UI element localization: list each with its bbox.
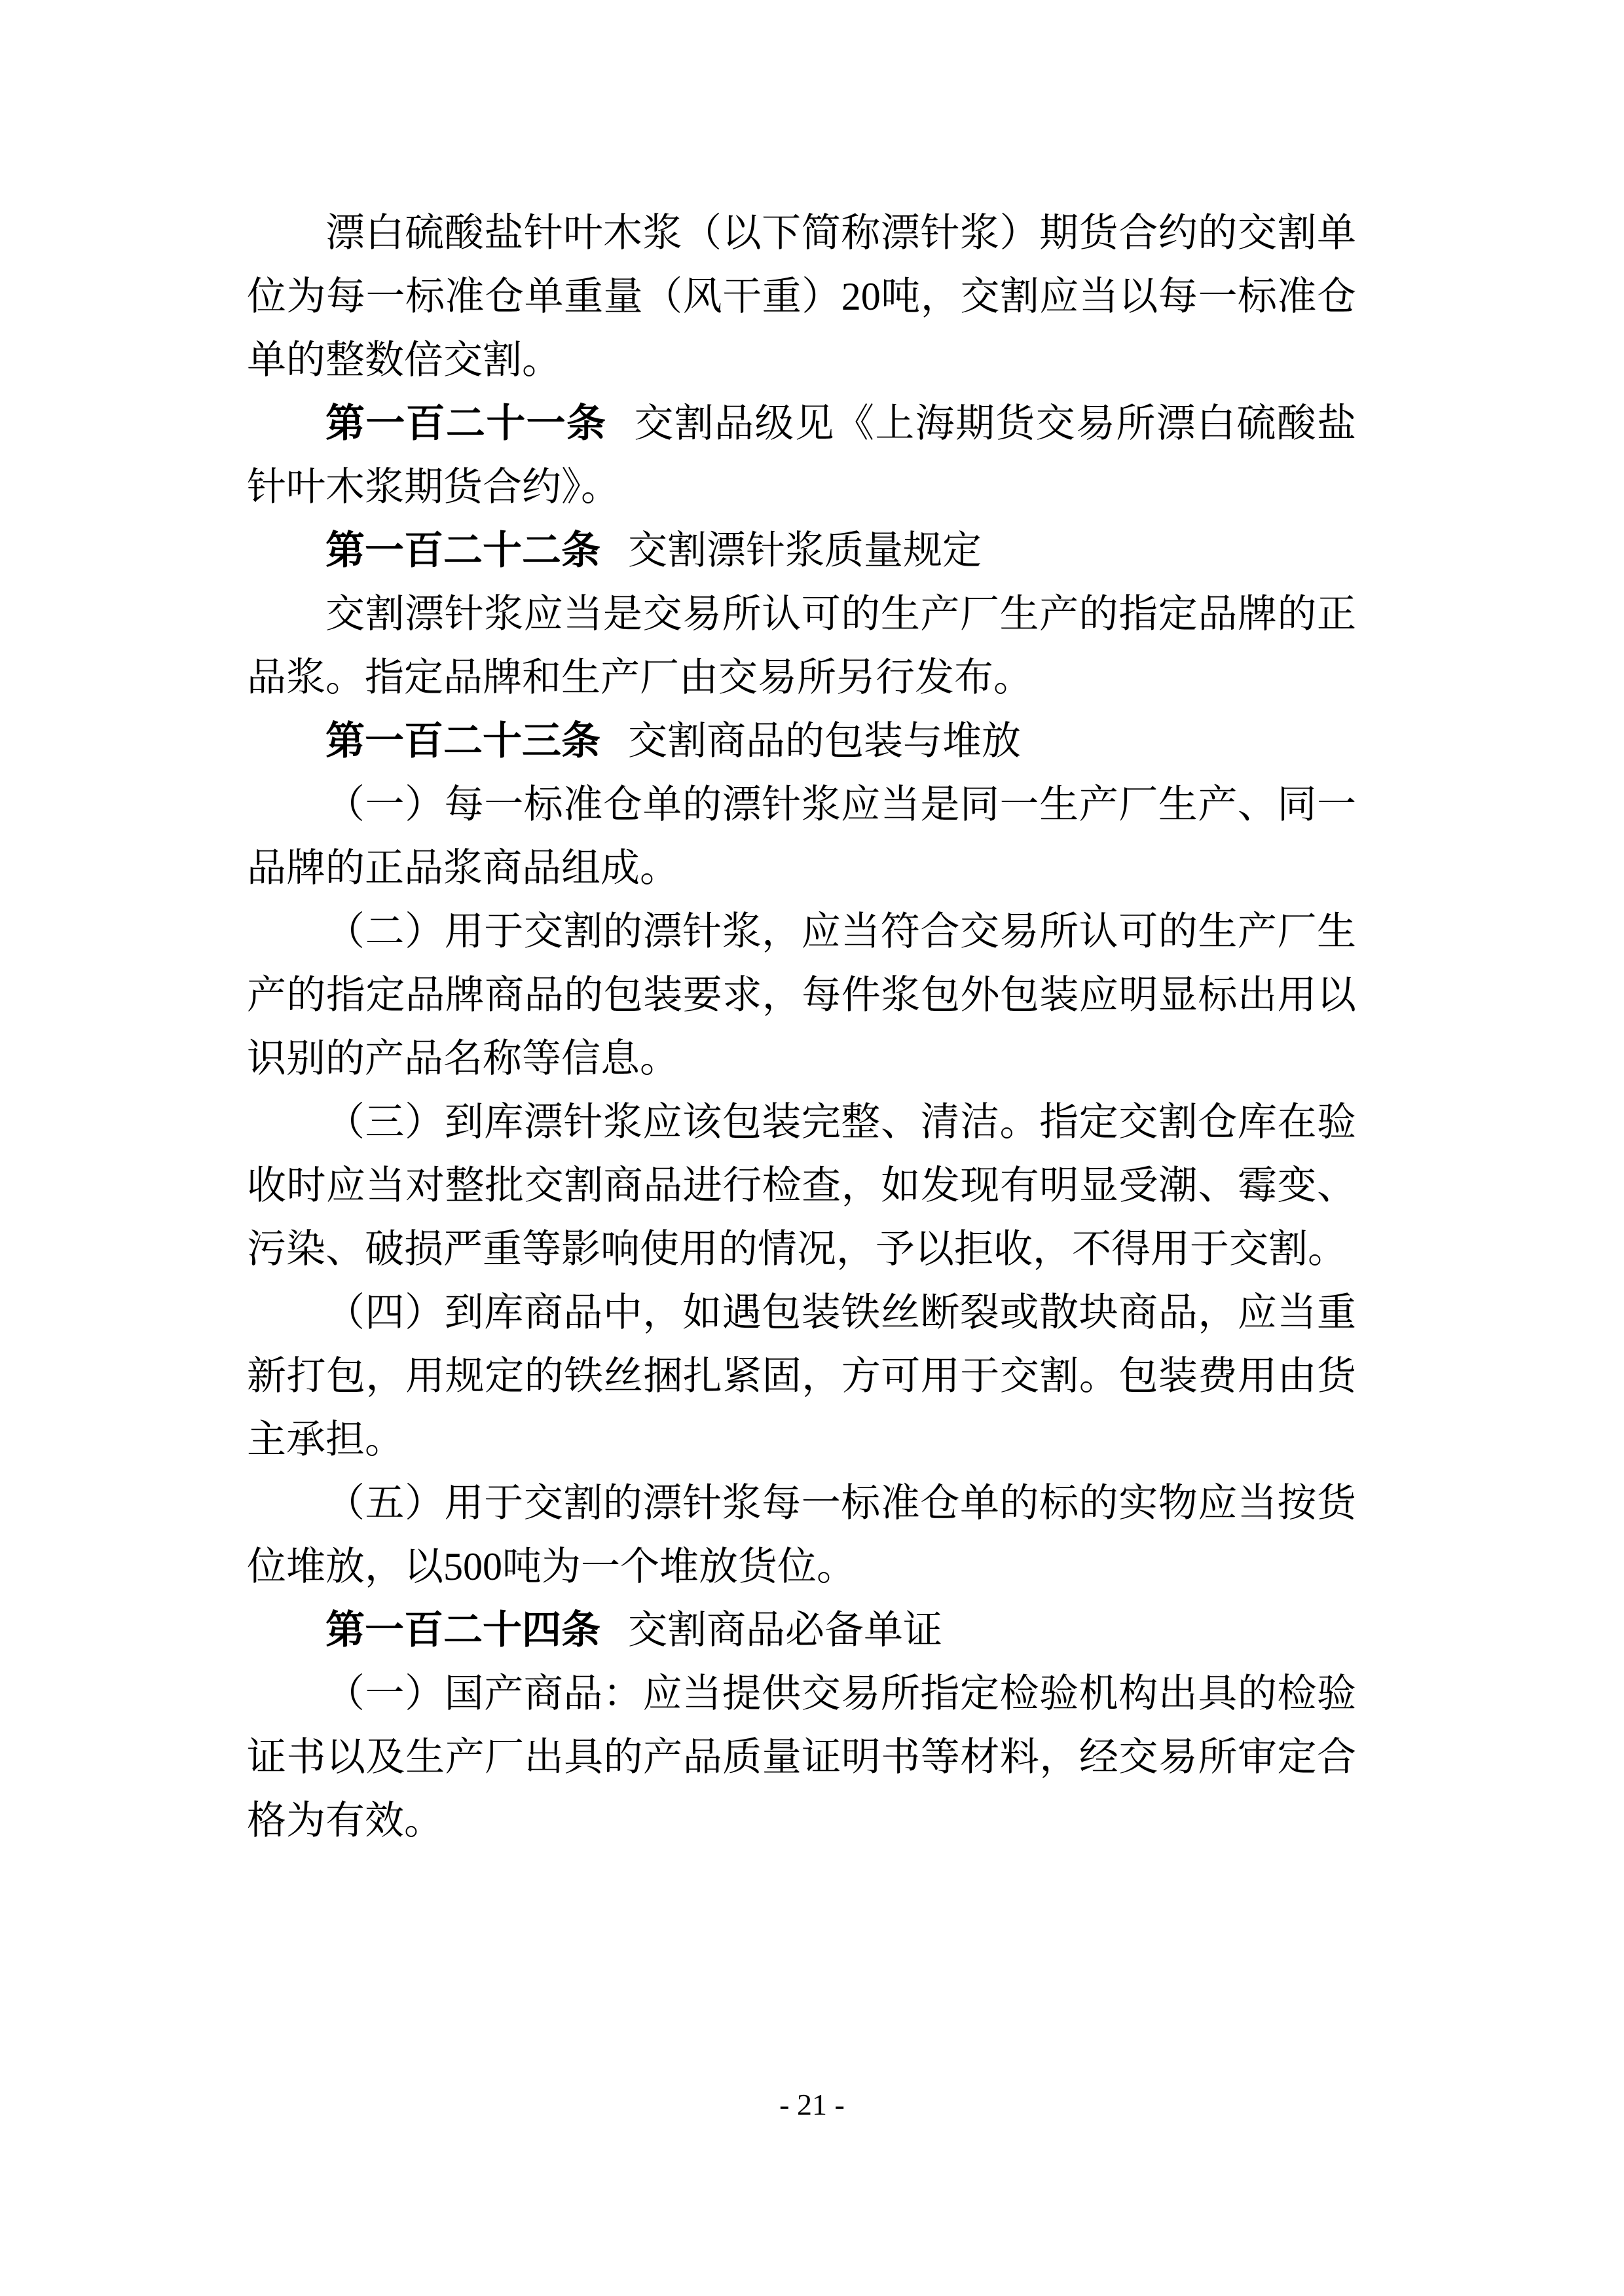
paragraph: 漂白硫酸盐针叶木浆（以下简称漂针浆）期货合约的交割单位为每一标准仓单重量（风干重… [247, 202, 1356, 392]
paragraph: （一）每一标准仓单的漂针浆应当是同一生产厂生产、同一品牌的正品浆商品组成。 [247, 773, 1356, 900]
paragraph-text: 交割商品的包装与堆放 [628, 720, 1021, 763]
article-number: 第一百二十一条 [325, 402, 606, 445]
document-body: 漂白硫酸盐针叶木浆（以下简称漂针浆）期货合约的交割单位为每一标准仓单重量（风干重… [247, 202, 1356, 1853]
article-paragraph: 第一百二十四条交割商品必备单证 [247, 1599, 1356, 1662]
article-paragraph: 第一百二十一条交割品级见《上海期货交易所漂白硫酸盐针叶木浆期货合约》。 [247, 392, 1356, 519]
article-number: 第一百二十二条 [325, 529, 600, 572]
paragraph: （四）到库商品中，如遇包装铁丝断裂或散块商品，应当重新打包，用规定的铁丝捆扎紧固… [247, 1281, 1356, 1472]
article-number: 第一百二十三条 [325, 720, 600, 763]
paragraph: （二）用于交割的漂针浆，应当符合交易所认可的生产厂生产的指定品牌商品的包装要求，… [247, 900, 1356, 1091]
paragraph: （五）用于交割的漂针浆每一标准仓单的标的实物应当按货位堆放，以500吨为一个堆放… [247, 1472, 1356, 1599]
document-page: 漂白硫酸盐针叶木浆（以下简称漂针浆）期货合约的交割单位为每一标准仓单重量（风干重… [0, 0, 1624, 2296]
paragraph-text: 交割商品必备单证 [628, 1609, 942, 1652]
article-number: 第一百二十四条 [325, 1609, 600, 1652]
article-paragraph: 第一百二十二条交割漂针浆质量规定 [247, 519, 1356, 583]
paragraph: （一）国产商品：应当提供交易所指定检验机构出具的检验证书以及生产厂出具的产品质量… [247, 1662, 1356, 1853]
paragraph: （三）到库漂针浆应该包装完整、清洁。指定交割仓库在验收时应当对整批交割商品进行检… [247, 1091, 1356, 1281]
paragraph-text: 交割漂针浆质量规定 [628, 529, 982, 572]
paragraph: 交割漂针浆应当是交易所认可的生产厂生产的指定品牌的正品浆。指定品牌和生产厂由交易… [247, 583, 1356, 710]
article-paragraph: 第一百二十三条交割商品的包装与堆放 [247, 710, 1356, 773]
page-number: - 21 - [0, 2085, 1624, 2124]
